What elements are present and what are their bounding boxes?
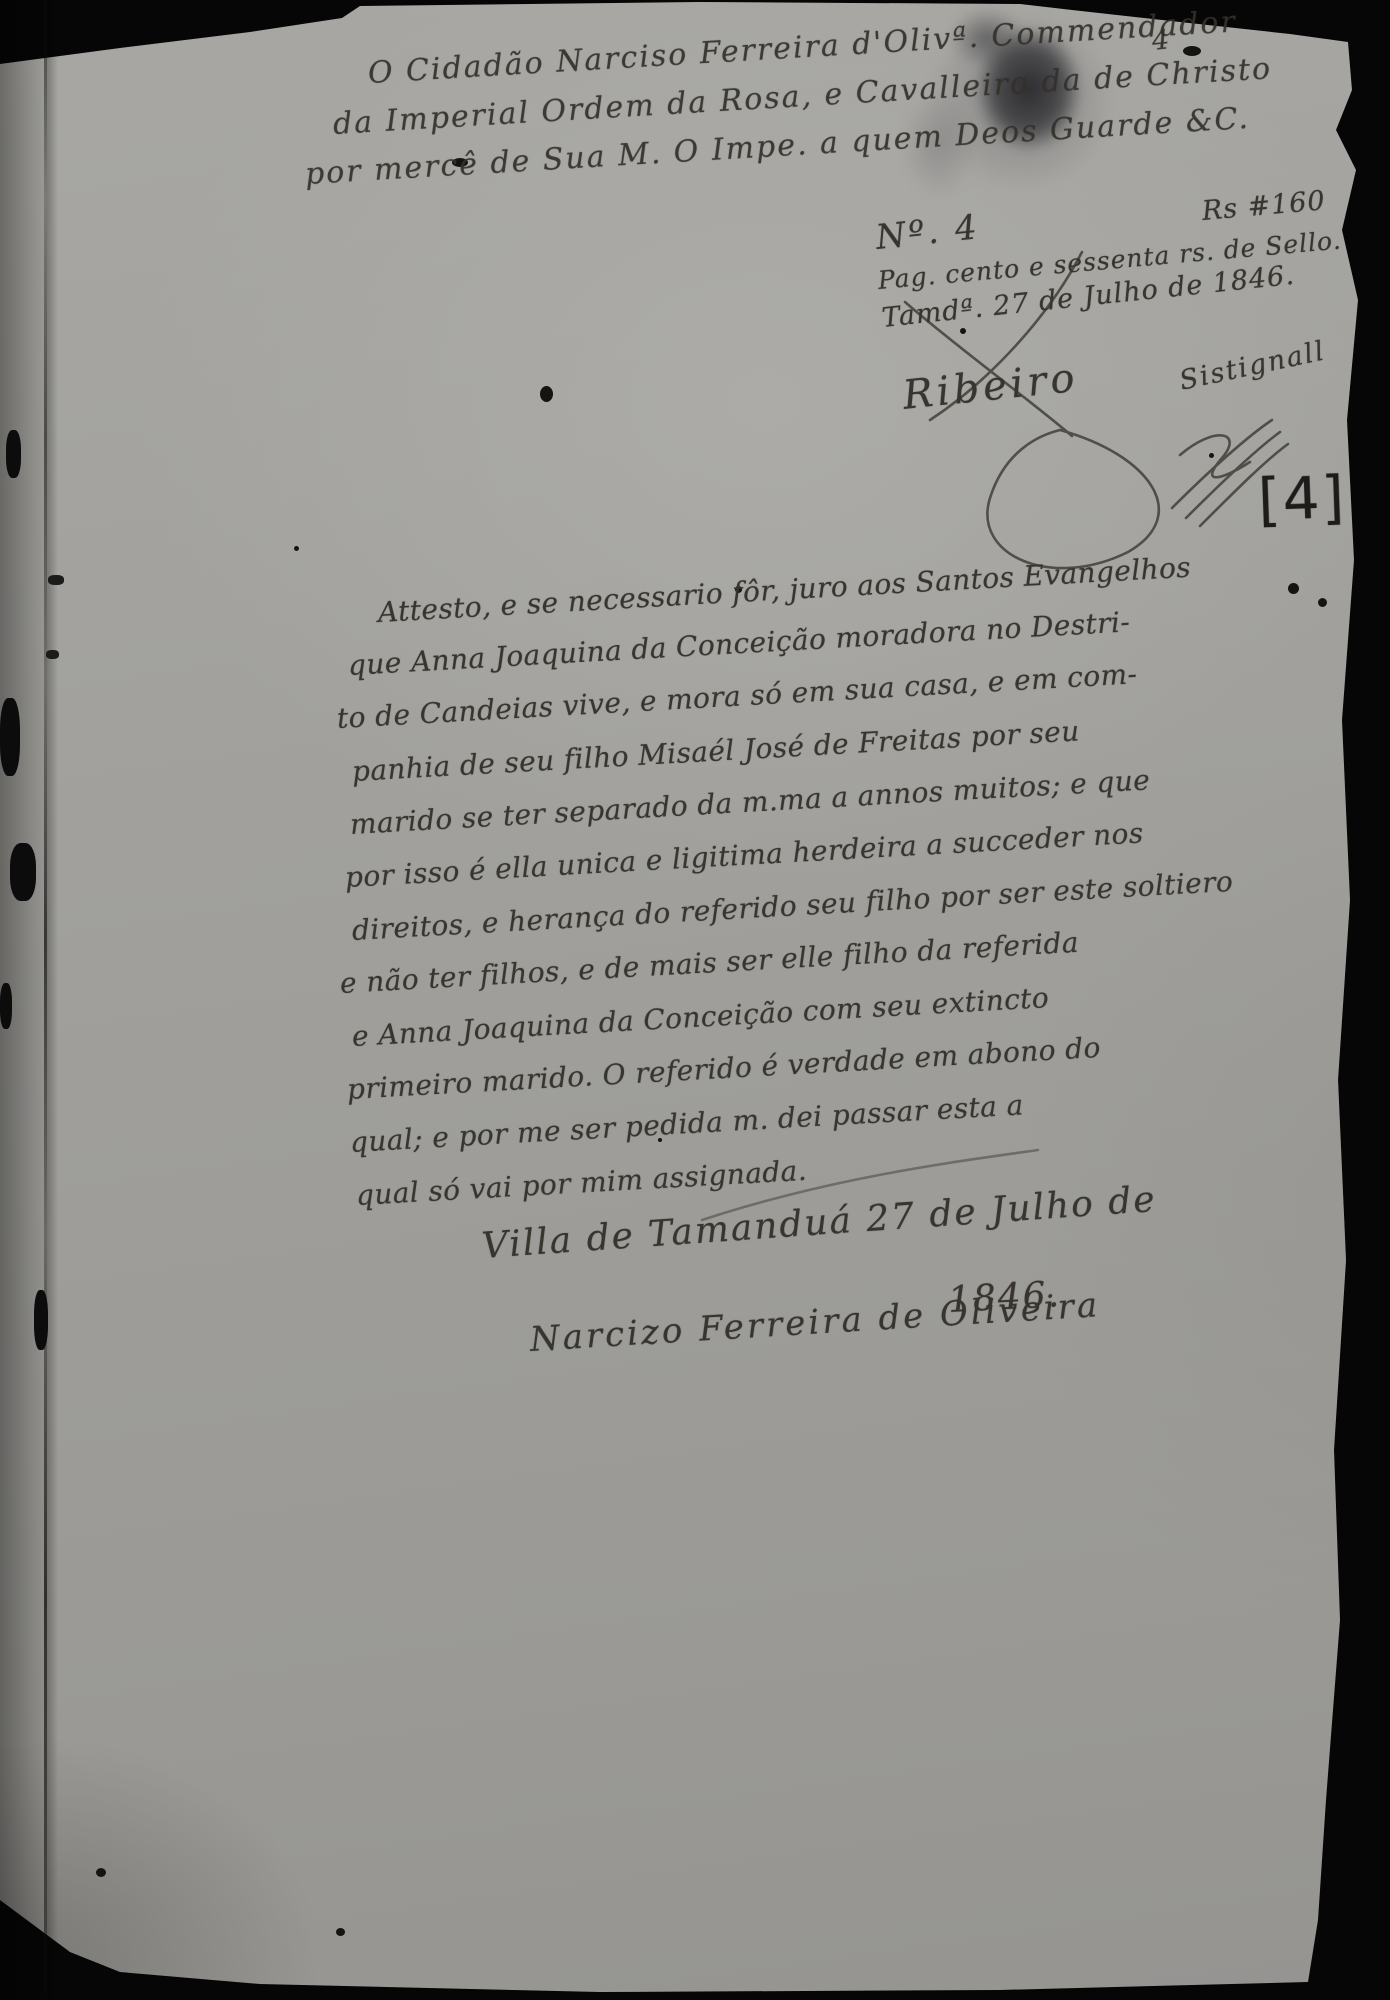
archival-folio-number: [4] bbox=[1257, 463, 1347, 534]
dirt-speck bbox=[96, 1868, 106, 1877]
crease-stain bbox=[46, 650, 59, 659]
dirt-speck bbox=[336, 1928, 345, 1936]
dirt-speck bbox=[1183, 46, 1201, 56]
dirt-speck bbox=[294, 546, 299, 551]
dirt-speck bbox=[1209, 453, 1214, 458]
dirt-speck bbox=[960, 328, 966, 334]
crease-stain bbox=[48, 575, 64, 585]
dirt-speck bbox=[540, 386, 553, 402]
fold-crease-shadow bbox=[47, 0, 58, 2000]
torn-edge-blob bbox=[0, 983, 12, 1029]
dirt-speck bbox=[1318, 598, 1327, 607]
torn-edge-blob bbox=[34, 1290, 48, 1350]
torn-edge-blob bbox=[10, 843, 36, 901]
torn-edge-blob bbox=[0, 698, 20, 776]
torn-edge-blob bbox=[6, 430, 21, 478]
scanned-document-page: O Cidadão Narciso Ferreira d'Olivª. Comm… bbox=[0, 0, 1390, 2000]
page-number-top: 4 bbox=[1150, 24, 1170, 57]
dirt-speck bbox=[1288, 583, 1299, 594]
